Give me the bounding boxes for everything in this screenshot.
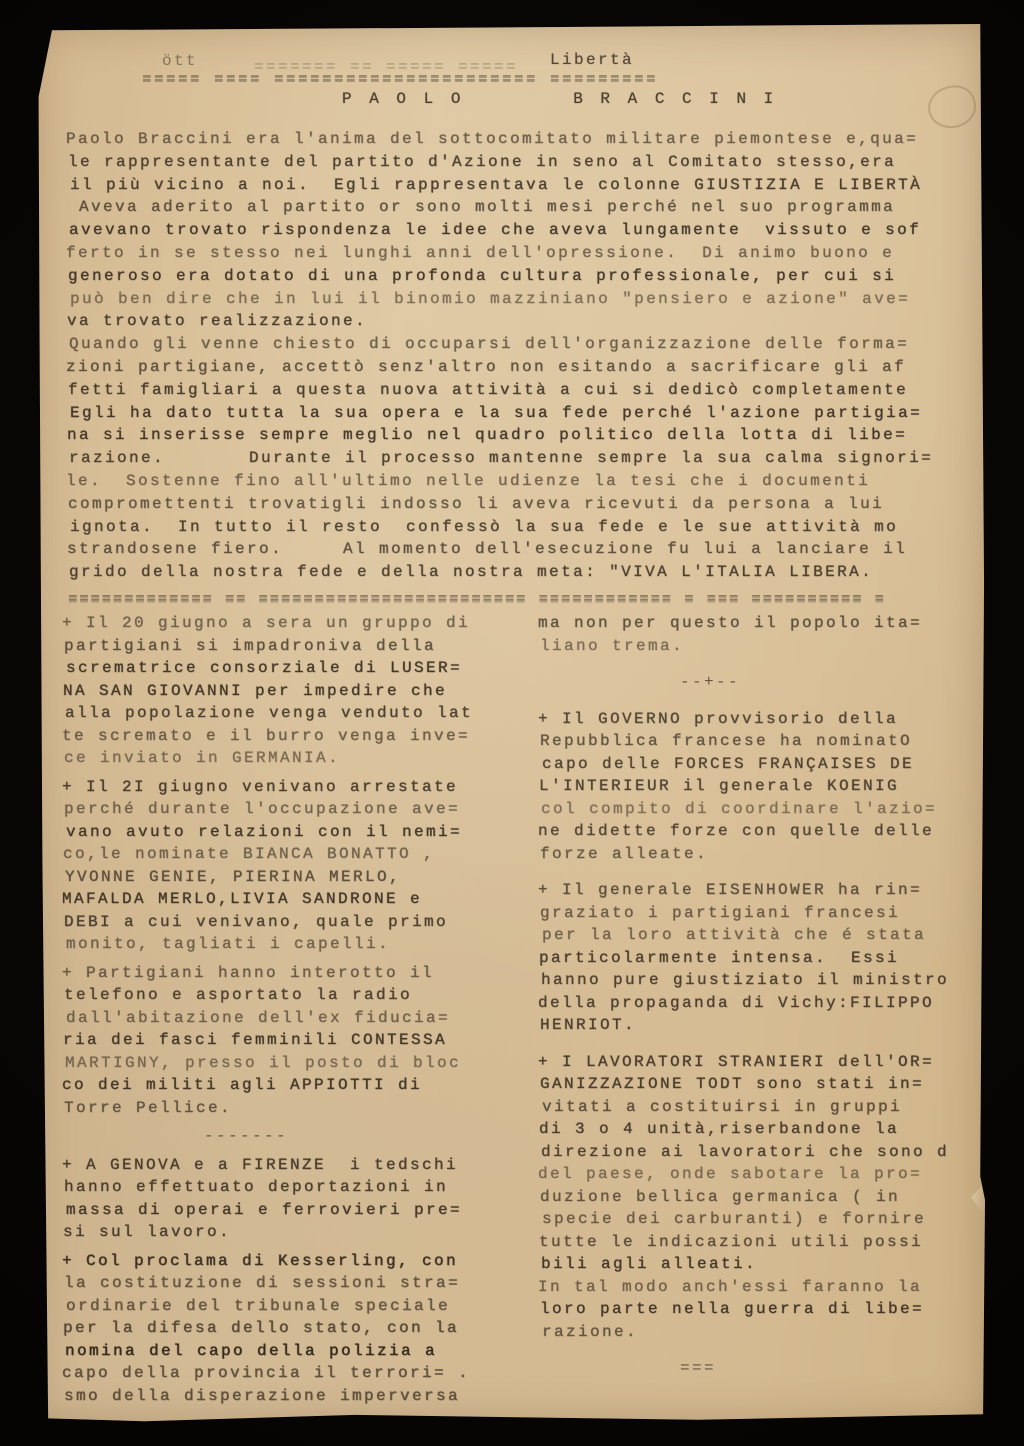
text-line: + Il GOVERNO provvisorio della	[538, 708, 968, 731]
text-line: Aveva aderito al partito or sono molti m…	[67, 196, 967, 219]
text-line: Quando gli venne chiesto di occuparsi de…	[69, 333, 969, 356]
text-line: tutte le indicazioni utili possi	[539, 1231, 969, 1254]
text-line: In tal modo anch'essi faranno la	[538, 1276, 968, 1299]
text-line: del paese, onde sabotare la pro=	[538, 1163, 968, 1186]
text-line: massa di operai e ferrovieri pre=	[66, 1199, 518, 1222]
text-line: duzione bellica germanica ( in	[540, 1186, 970, 1209]
text-line: DEBI a cui venivano, quale primo	[64, 911, 516, 934]
text-line: fetti famigliari a questa nuova attività…	[68, 379, 968, 402]
text-line: partigiani si impadroniva della	[64, 635, 516, 658]
text-line: + Col proclama di Kesserling, con	[62, 1250, 514, 1273]
text-line: telefono e asportato la radio	[64, 984, 516, 1007]
news-item: + Col proclama di Kesserling, conla cost…	[64, 1250, 516, 1408]
text-line: razione. Durante il processo mantenne se…	[69, 447, 969, 470]
text-line: Egli ha dato tutta la sua opera e la sua…	[70, 402, 970, 425]
text-line: graziato i partigiani francesi	[540, 902, 970, 925]
text-line: co,le nominate BIANCA BONATTO ,	[63, 843, 515, 866]
section-divider: ============= == =======================…	[68, 590, 978, 608]
text-line: ria dei fasci femminili CONTESSA	[63, 1029, 515, 1052]
text-line: scrematrice consorziale di LUSER=	[66, 657, 518, 680]
text-line: forze alleate.	[540, 843, 970, 866]
text-line: vano avuto relazioni con il nemi=	[66, 821, 518, 844]
news-item: + Il 20 giugno a sera un gruppo dipartig…	[64, 612, 516, 770]
lead-article: Paolo Braccini era l'anima del sottocomi…	[68, 128, 968, 584]
text-line: può ben dire che in lui il binomio mazzi…	[70, 288, 970, 311]
text-line: Paolo Braccini era l'anima del sottocomi…	[66, 128, 966, 151]
text-line: loro parte nella guerra di libe=	[540, 1298, 970, 1321]
document-page: ött ======= == ===== ===== Libertà =====…	[30, 24, 985, 1424]
text-line: col compito di coordinare l'azio=	[541, 798, 971, 821]
text-line: per la difesa dello stato, con la	[63, 1317, 515, 1340]
text-line: + Il 20 giugno a sera un gruppo di	[62, 612, 514, 635]
text-line: razione.	[542, 1321, 972, 1344]
text-line: ignota. In tutto il resto confessò la su…	[70, 516, 970, 539]
text-line: NA SAN GIOVANNI per impedire che	[63, 680, 515, 703]
text-line: MAFALDA MERLO,LIVIA SANDRONE e	[62, 888, 514, 911]
column-divider: -------	[64, 1125, 516, 1148]
text-line: co dei militi agli APPIOTTI di	[62, 1074, 514, 1097]
news-item: ma non per questo il popolo ita=liano tr…	[540, 612, 970, 657]
text-line: bili agli alleati.	[541, 1253, 971, 1276]
text-line: HENRIOT.	[540, 1014, 970, 1037]
text-line: te scremato e il burro venga inve=	[62, 725, 514, 748]
text-line: direzione ai lavoratori che sono d	[541, 1141, 971, 1164]
text-line: compromettenti trovatigli indosso li ave…	[68, 493, 968, 516]
scanned-photo: { "colors": { "background": "#060504", "…	[0, 0, 1024, 1446]
news-item: + A GENOVA e a FIRENZE i tedschihanno ef…	[64, 1154, 516, 1244]
text-line: le rappresentante del partito d'Azione i…	[68, 151, 968, 174]
news-column-right: ma non per questo il popolo ita=liano tr…	[540, 612, 970, 1394]
text-line: L'INTERIEUR il generale KOENIG	[539, 775, 969, 798]
text-line: generoso era dotato di una profonda cult…	[68, 265, 968, 288]
text-line: GANIZZAZIONE TODT sono stati in=	[540, 1073, 970, 1096]
text-line: zioni partigiane, accettò senz'altro non…	[66, 356, 966, 379]
news-item: + I LAVORATORI STRANIERI dell'OR=GANIZZA…	[540, 1051, 970, 1344]
text-line: + I LAVORATORI STRANIERI dell'OR=	[538, 1051, 968, 1074]
text-line: ma non per questo il popolo ita=	[538, 612, 968, 635]
news-item: + Partigiani hanno interotto iltelefono …	[64, 962, 516, 1120]
text-line: smo della disperazione imperversa	[64, 1385, 516, 1408]
text-line: capo della provincia il terrori= .	[62, 1362, 514, 1385]
text-line: Torre Pellice.	[64, 1097, 516, 1120]
text-line: + A GENOVA e a FIRENZE i tedschi	[62, 1154, 514, 1177]
text-line: + Partigiani hanno interotto il	[62, 962, 514, 985]
text-line: specie dei carburanti) e fornire	[542, 1208, 972, 1231]
masthead-title: Libertà	[550, 51, 634, 69]
text-line: + Il generale EISENHOWER ha rin=	[538, 879, 968, 902]
text-line: MARTIGNY, presso il posto di bloc	[65, 1052, 517, 1075]
text-line: per la loro attività che é stata	[542, 924, 972, 947]
text-line: alla popolazione venga venduto lat	[65, 702, 517, 725]
pencil-mark-icon	[924, 81, 981, 133]
text-line: na si inserisse sempre meglio nel quadro…	[67, 424, 967, 447]
column-divider: ===	[540, 1357, 970, 1380]
text-line: ne didette forze con quelle delle	[538, 820, 968, 843]
text-line: si sul lavoro.	[63, 1221, 515, 1244]
news-item: + Il generale EISENHOWER ha rin=graziato…	[540, 879, 970, 1037]
text-line: ce inviato in GERMANIA.	[64, 747, 516, 770]
text-line: la costituzione di sessioni stra=	[64, 1272, 516, 1295]
text-line: ferto in se stesso nei lunghi anni dell'…	[66, 242, 966, 265]
text-line: ordinarie del tribunale speciale	[66, 1295, 518, 1318]
text-line: il più vicino a noi. Egli rappresentava …	[70, 174, 970, 197]
text-line: monito, tagliati i capelli.	[66, 933, 518, 956]
text-line: di 3 o 4 unità,riserbandone la	[539, 1118, 969, 1141]
text-line: particolarmente intensa. Essi	[539, 947, 969, 970]
text-line: della propaganda di Vichy:FILIPPO	[538, 992, 968, 1015]
text-line: + Il 2I giugno venivano arrestate	[62, 776, 514, 799]
text-line: capo delle FORCES FRANÇAISES DE	[542, 753, 972, 776]
text-line: avevano trovato rispondenza le idee che …	[69, 219, 969, 242]
news-column-left: + Il 20 giugno a sera un gruppo dipartig…	[64, 612, 516, 1413]
column-divider: --+--	[540, 671, 970, 694]
text-line: liano trema.	[540, 635, 970, 658]
news-item: + Il 2I giugno venivano arrestateperché …	[64, 776, 516, 956]
text-line: va trovato realizzazione.	[67, 310, 967, 333]
masthead-left-text: ött	[162, 52, 198, 70]
article-title: P A O L O B R A C C I N I	[342, 90, 777, 108]
text-line: dall'abitazione dell'ex fiducia=	[66, 1007, 518, 1030]
text-line: hanno pure giustiziato il ministro	[541, 969, 971, 992]
text-line: le. Sostenne fino all'ultimo nelle udien…	[66, 470, 966, 493]
news-item: + Il GOVERNO provvisorio dellaRepubblica…	[540, 708, 970, 866]
text-line: nomina del capo della polizia a	[65, 1340, 517, 1363]
text-line: Repubblica francese ha nominatO	[540, 730, 970, 753]
text-line: strandosene fiero. Al momento dell'esecu…	[67, 538, 967, 561]
text-line: vitati a costituirsi in gruppi	[542, 1096, 972, 1119]
masthead-underline: ===== ==== ====================== ======…	[142, 70, 658, 88]
text-line: grido della nostra fede e della nostra m…	[69, 561, 969, 584]
text-line: YVONNE GENIE, PIERINA MERLO,	[65, 866, 517, 889]
text-line: perché durante l'occupazione ave=	[64, 798, 516, 821]
text-line: hanno effettuato deportazioni in	[64, 1176, 516, 1199]
